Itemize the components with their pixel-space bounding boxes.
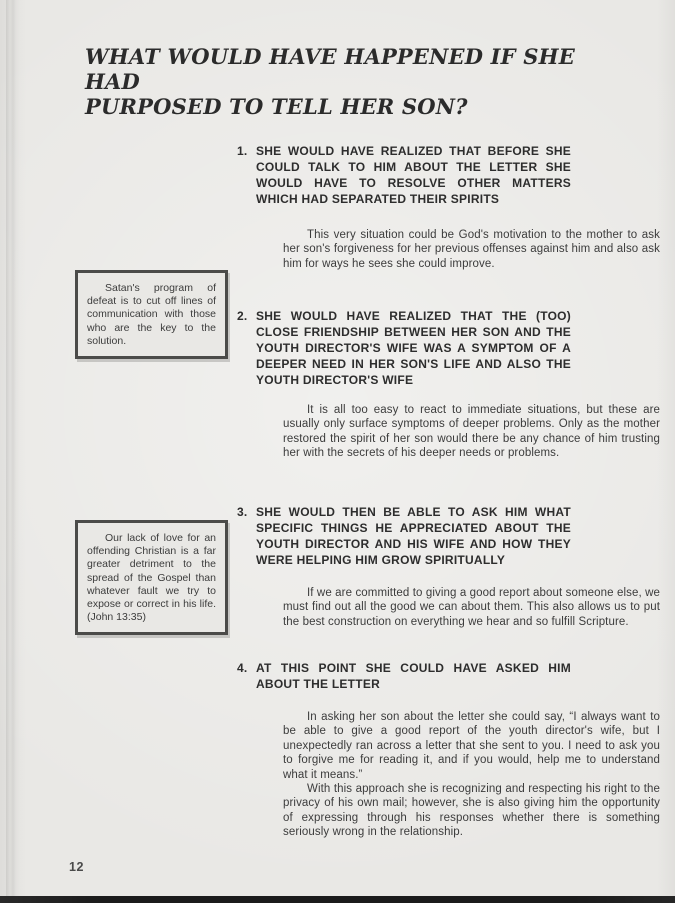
callout-box-1: Satan's program of defeat is to cut off …	[75, 270, 228, 359]
section-1-heading-text: SHE WOULD HAVE REALIZED THAT BEFORE SHE …	[256, 143, 571, 207]
section-4-heading: 4. AT THIS POINT SHE COULD HAVE ASKED HI…	[237, 660, 571, 692]
page-title-line-2: PURPOSED TO TELL HER SON?	[85, 94, 585, 119]
callout-1-text: Satan's program of defeat is to cut off …	[87, 282, 216, 348]
bottom-scan-bar	[0, 896, 675, 903]
section-3-heading-text: SHE WOULD THEN BE ABLE TO ASK HIM WHAT S…	[256, 504, 571, 568]
section-2-body: It is all too easy to react to immediate…	[283, 403, 660, 461]
section-3-number: 3.	[237, 504, 256, 568]
section-4-body: In asking her son about the letter she c…	[283, 710, 660, 840]
section-3-body: If we are committed to giving a good rep…	[283, 586, 660, 629]
section-2-heading-text: SHE WOULD HAVE REALIZED THAT THE (TOO) C…	[256, 308, 571, 388]
section-4-paragraph-1: In asking her son about the letter she c…	[283, 710, 660, 782]
section-2-number: 2.	[237, 308, 256, 388]
section-2-heading: 2. SHE WOULD HAVE REALIZED THAT THE (TOO…	[237, 308, 571, 388]
section-3-heading: 3. SHE WOULD THEN BE ABLE TO ASK HIM WHA…	[237, 504, 571, 568]
page-title: WHAT WOULD HAVE HAPPENED IF SHE HAD PURP…	[85, 44, 585, 119]
callout-box-2: Our lack of love for an offending Christ…	[75, 520, 228, 635]
section-4-paragraph-2: With this approach she is recognizing an…	[283, 782, 660, 840]
section-1-paragraph: This very situation could be God's motiv…	[283, 228, 660, 271]
section-3-paragraph: If we are committed to giving a good rep…	[283, 586, 660, 629]
section-1-number: 1.	[237, 143, 256, 207]
scanned-page: { "meta": { "page_number": "12" }, "titl…	[0, 0, 675, 903]
page-title-line-1: WHAT WOULD HAVE HAPPENED IF SHE HAD	[85, 44, 585, 94]
section-1-heading: 1. SHE WOULD HAVE REALIZED THAT BEFORE S…	[237, 143, 571, 207]
callout-2-text: Our lack of love for an offending Christ…	[87, 532, 216, 624]
section-4-number: 4.	[237, 660, 256, 692]
section-1-body: This very situation could be God's motiv…	[283, 228, 660, 271]
section-4-heading-text: AT THIS POINT SHE COULD HAVE ASKED HIM A…	[256, 660, 571, 692]
page-number: 12	[69, 860, 84, 874]
section-2-paragraph: It is all too easy to react to immediate…	[283, 403, 660, 461]
scan-edge-left	[6, 0, 20, 903]
